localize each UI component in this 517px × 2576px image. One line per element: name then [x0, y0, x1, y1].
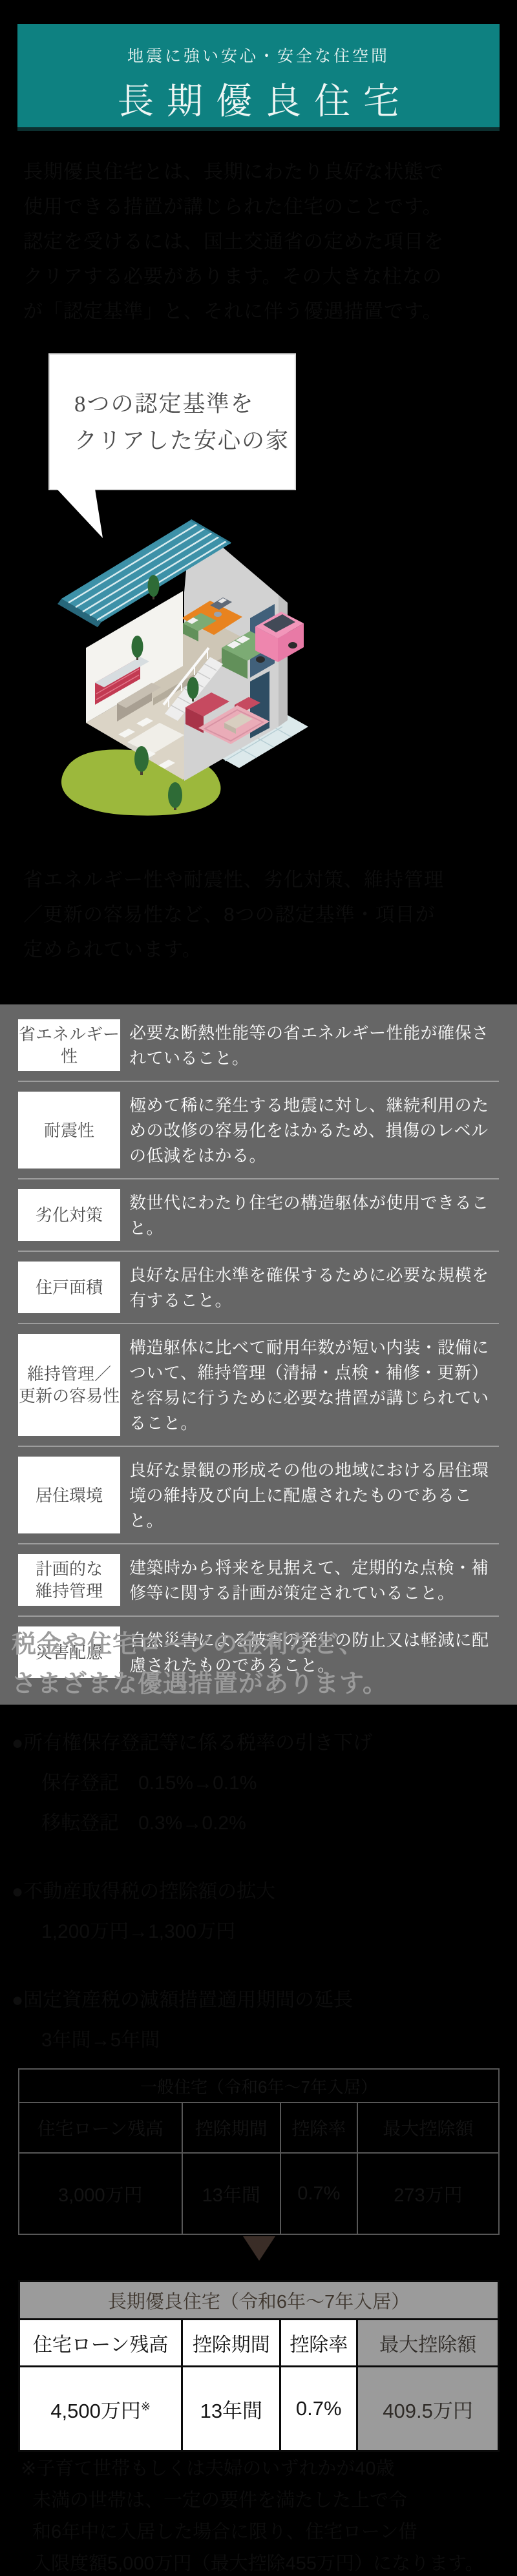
criteria-row: 住戸面積 良好な居住水準を確保するために必要な規模を有すること。	[18, 1251, 499, 1323]
criteria-row: 劣化対策 数世代にわたり住宅の構造躯体が使用できること。	[18, 1178, 499, 1251]
intro-line: が「認定基準」と、それに伴う優遇措置です。	[23, 295, 501, 329]
house-illustration	[55, 514, 313, 817]
benefits-list: ●所有権保存登記等に係る税率の引き下げ 保存登記 0.15%→0.1% 移転登記…	[12, 1723, 503, 2089]
note-mark: ※	[141, 2400, 151, 2413]
general-housing-table: 一般住宅（令和6年～7年入居） 住宅ローン残高 控除期間 控除率 最大控除額 3…	[18, 2068, 500, 2235]
footnote-line: 未満の世帯は、一定の要件を満たした上で令	[21, 2485, 502, 2517]
page-title: 長期優良住宅	[17, 73, 500, 125]
benefit-detail: 3年間→5年間	[12, 2020, 503, 2061]
lead-line: ／更新の容易性など、8つの認定基準・項目が	[23, 898, 501, 933]
col-header: 住宅ローン残高	[19, 2103, 182, 2153]
cell-max-deduction: 409.5万円	[357, 2367, 499, 2451]
hero-subtitle: 地震に強い安心・安全な住空間	[17, 43, 500, 67]
criteria-row: 計画的な 維持管理 建築時から将来を見据えて、定期的な点検・補修等に関する計画が…	[18, 1543, 499, 1615]
hero-header: 地震に強い安心・安全な住空間 長期優良住宅	[17, 24, 500, 131]
intro-paragraph: 長期優良住宅とは、長期にわたり良好な状態で 使用できる措置が講じられた住宅のこと…	[23, 155, 501, 329]
footnote-line: 和6年中に入居した場合に限り、住宅ローン借	[21, 2517, 502, 2548]
footnote-line: 入限度額5,000万円（最大控除455万円）になります。	[21, 2548, 502, 2576]
criteria-desc: 必要な断熱性能等の省エネルギー性能が確保されていること。	[129, 1019, 499, 1071]
bubble-line: 8つの認定基準を	[74, 386, 295, 422]
cell-deduction-period: 13年間	[182, 2153, 280, 2234]
criteria-desc: 良好な居住水準を確保するために必要な規模を有すること。	[129, 1262, 499, 1313]
speech-bubble: 8つの認定基準を クリアした安心の家	[48, 353, 296, 490]
cell-deduction-rate: 0.7%	[280, 2153, 357, 2234]
bubble-line: クリアした安心の家	[74, 422, 295, 459]
footnote: ※子育て世帯もしくは夫婦のいずれかが40歳 未満の世帯は、一定の要件を満たした上…	[21, 2453, 502, 2576]
benefit-detail: 移転登記 0.3%→0.2%	[12, 1803, 503, 1844]
criteria-desc: 極めて稀に発生する地震に対し、継続利用のための改修の容易化をはかるため、損傷のレ…	[129, 1092, 499, 1169]
benefit-group: ●不動産取得税の控除額の拡大 1,200万円→1,300万円	[12, 1872, 503, 1952]
benefit-title: ●所有権保存登記等に係る税率の引き下げ	[12, 1723, 503, 1763]
col-header: 控除率	[280, 2103, 357, 2153]
cell-loan-balance: 3,000万円	[19, 2153, 182, 2234]
benefit-title: ●不動産取得税の控除額の拡大	[12, 1872, 503, 1912]
criteria-row: 耐震性 極めて稀に発生する地震に対し、継続利用のための改修の容易化をはかるため、…	[18, 1081, 499, 1178]
cell-deduction-rate: 0.7%	[280, 2367, 357, 2451]
col-header: 住宅ローン残高	[19, 2320, 182, 2367]
table-title: 長期優良住宅（令和6年～7年入居）	[19, 2281, 499, 2320]
benefit-detail: 1,200万円→1,300万円	[12, 1912, 503, 1952]
lead-paragraph: 省エネルギー性や耐震性、劣化対策、維持管理 ／更新の容易性など、8つの認定基準・…	[23, 863, 501, 968]
criteria-desc: 構造躯体に比べて耐用年数が短い内装・設備について、維持管理（清掃・点検・補修・更…	[129, 1334, 499, 1436]
col-header: 控除率	[280, 2320, 357, 2367]
cell-max-deduction: 273万円	[357, 2153, 499, 2234]
criteria-label: 耐震性	[44, 1119, 94, 1141]
criteria-label: 居住環境	[36, 1484, 103, 1506]
criteria-label: 更新の容易性	[19, 1385, 120, 1407]
criteria-table: 省エネルギー性 必要な断熱性能等の省エネルギー性能が確保されていること。 耐震性…	[0, 1004, 517, 1705]
cell-loan-balance: 4,500万円※	[19, 2367, 182, 2451]
intro-line: 認定を受けるには、国土交通省の定めた項目を	[23, 225, 501, 260]
benefit-detail: 保存登記 0.15%→0.1%	[12, 1763, 503, 1803]
benefit-title: ●固定資産税の減額措置適用期間の延長	[12, 1980, 503, 2020]
intro-line: 使用できる措置が講じられた住宅のことです。	[23, 190, 501, 225]
criteria-label: 劣化対策	[36, 1204, 103, 1226]
criteria-label: 維持管理／	[27, 1363, 111, 1385]
criteria-desc: 良好な景観の形成その他の地域における居住環境の維持及び向上に配慮されたものである…	[129, 1457, 499, 1533]
criteria-desc: 数世代にわたり住宅の構造躯体が使用できること。	[129, 1189, 499, 1241]
premium-housing-table: 長期優良住宅（令和6年～7年入居） 住宅ローン残高 控除期間 控除率 最大控除額…	[18, 2280, 500, 2452]
benefit-group: ●所有権保存登記等に係る税率の引き下げ 保存登記 0.15%→0.1% 移転登記…	[12, 1723, 503, 1844]
benefit-group: ●固定資産税の減額措置適用期間の延長 3年間→5年間	[12, 1980, 503, 2061]
col-header: 控除期間	[182, 2320, 280, 2367]
intro-line: クリアする必要があります。その大きな柱なの	[23, 260, 501, 295]
intro-line: 長期優良住宅とは、長期にわたり良好な状態で	[23, 155, 501, 190]
criteria-desc: 建築時から将来を見据えて、定期的な点検・補修等に関する計画が策定されていること。	[129, 1554, 499, 1606]
criteria-label: 維持管理	[36, 1580, 103, 1602]
criteria-row: 省エネルギー性 必要な断熱性能等の省エネルギー性能が確保されていること。	[18, 1010, 499, 1081]
lead-line: 定められています。	[23, 933, 501, 968]
criteria-label: 省エネルギー性	[18, 1023, 120, 1067]
lead-line: 省エネルギー性や耐震性、劣化対策、維持管理	[23, 863, 501, 898]
col-header: 最大控除額	[357, 2320, 499, 2367]
criteria-row: 居住環境 良好な景観の形成その他の地域における居住環境の維持及び向上に配慮された…	[18, 1446, 499, 1543]
down-arrow-icon	[243, 2236, 275, 2261]
criteria-row: 維持管理／ 更新の容易性 構造躯体に比べて耐用年数が短い内装・設備について、維持…	[18, 1323, 499, 1446]
criteria-label: 計画的な	[36, 1558, 103, 1580]
benefits-heading: 税金や住宅ローンの金利など、 さまざまな優遇措置があります。	[12, 1625, 509, 1704]
col-header: 最大控除額	[357, 2103, 499, 2153]
table-title: 一般住宅（令和6年～7年入居）	[19, 2069, 499, 2103]
footnote-line: ※子育て世帯もしくは夫婦のいずれかが40歳	[21, 2453, 502, 2485]
page: 地震に強い安心・安全な住空間 長期優良住宅 長期優良住宅とは、長期にわたり良好な…	[0, 0, 517, 2576]
criteria-label: 住戸面積	[36, 1276, 103, 1298]
col-header: 控除期間	[182, 2103, 280, 2153]
cell-deduction-period: 13年間	[182, 2367, 280, 2451]
